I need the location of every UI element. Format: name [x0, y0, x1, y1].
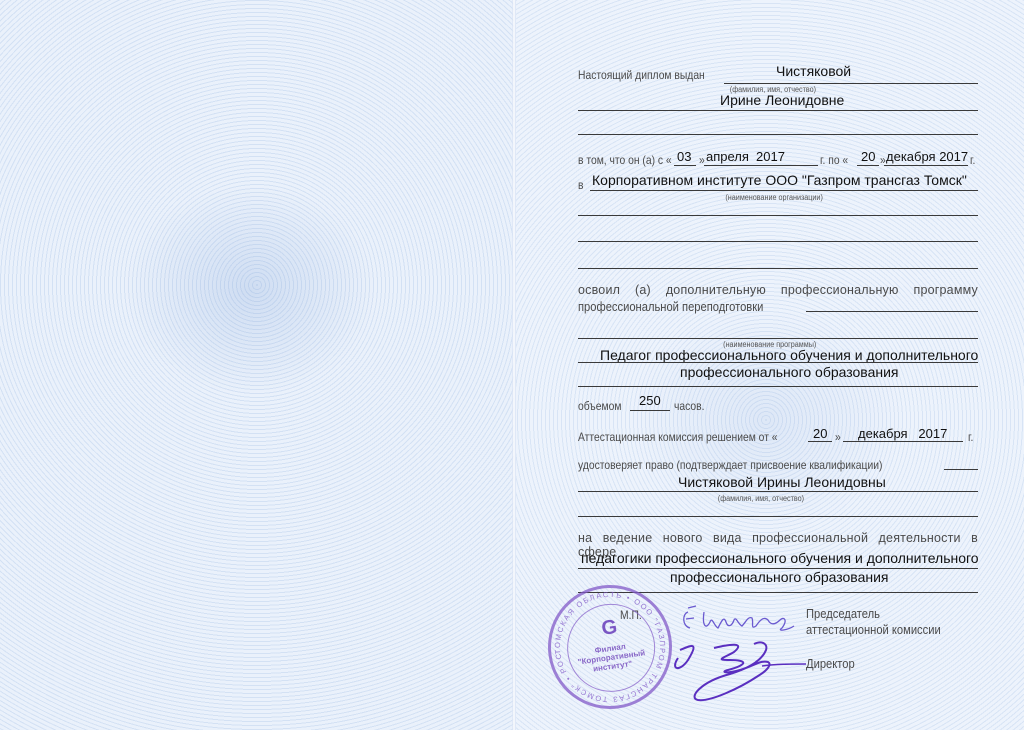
underline [590, 190, 978, 191]
underline [843, 441, 963, 442]
surname-value: Чистяковой [776, 63, 851, 79]
period-suffix: г. [970, 153, 975, 167]
commission-day: 20 [813, 426, 827, 441]
underline [674, 165, 696, 166]
period-mid2: г. по « [820, 153, 848, 167]
underline [578, 362, 978, 363]
underline [944, 469, 978, 470]
start-year: 2017 [756, 149, 785, 164]
gazprom-logo-icon: G [599, 617, 620, 639]
underline [578, 491, 978, 492]
end-day: 20 [861, 149, 875, 164]
holder-hint: (фамилия, имя, отчество) [718, 494, 804, 503]
commission-suffix: г. [968, 430, 973, 444]
activity-line1: педагогики профессионального обучения и … [581, 550, 979, 566]
underline [578, 516, 978, 517]
org-prefix: в [578, 178, 583, 192]
commission-month-year: декабря 2017 [858, 426, 947, 441]
underline [704, 165, 818, 166]
director-title: Директор [806, 656, 855, 671]
left-page-guilloche [0, 0, 514, 730]
given-names-value: Ирине Леонидовне [720, 92, 844, 108]
underline [806, 311, 978, 312]
organization-value: Корпоративном институте ООО "Газпром тра… [592, 172, 967, 188]
hours-prefix: объемом [578, 399, 621, 413]
program-text2: профессиональной переподготовки [578, 299, 763, 314]
program-text: освоил (а) дополнительную профессиональн… [578, 283, 978, 297]
period-prefix: в том, что он (а) с « [578, 153, 672, 167]
underline [630, 410, 670, 411]
underline [884, 165, 968, 166]
underline [578, 110, 978, 111]
chairman-title-1: Председатель [806, 606, 880, 621]
start-day: 03 [677, 149, 691, 164]
underline [578, 215, 978, 216]
underline [808, 441, 832, 442]
holder-name: Чистяковой Ирины Леонидовны [678, 474, 886, 490]
start-month: апреля [706, 149, 749, 164]
director-signature [650, 630, 810, 710]
underline [724, 83, 978, 84]
commission-mid: » [835, 430, 841, 444]
program-line1: Педагог профессионального обучения и доп… [600, 347, 978, 363]
underline [578, 338, 978, 339]
chairman-title-2: аттестационной комиссии [806, 622, 941, 637]
activity-line2: профессионального образования [670, 569, 889, 585]
underline [857, 165, 879, 166]
issued-label: Настоящий диплом выдан [578, 68, 705, 82]
certifies-text: удостоверяет право (подтверждает присвое… [578, 458, 882, 472]
commission-prefix: Аттестационная комиссия решением от « [578, 430, 778, 444]
underline [578, 386, 978, 387]
hours-suffix: часов. [674, 399, 704, 413]
end-month-year: декабря 2017 [886, 149, 968, 164]
program-line2: профессионального образования [680, 364, 899, 380]
hours-value: 250 [639, 393, 661, 408]
underline [578, 134, 978, 135]
org-hint: (наименование организации) [725, 193, 822, 202]
underline [578, 241, 978, 242]
underline [578, 268, 978, 269]
